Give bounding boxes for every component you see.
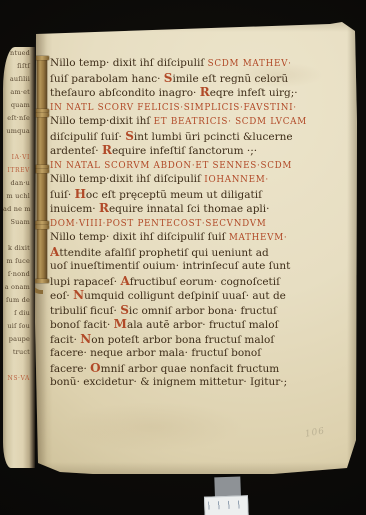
rubric-text: R xyxy=(200,85,210,99)
facing-page-text-fragments: ntuedſiſtſauſiliiam·etquameſt·nſeumquaIA… xyxy=(3,47,35,385)
latin-text: uoſ inueſtimentiſ ouium· intrinſecuſ aut… xyxy=(50,260,290,272)
rubric-text: O xyxy=(90,361,100,375)
edge-text-fragment: auſilii xyxy=(3,73,35,86)
text-line: facere· neque arbor mala· fructuſ bonoſ xyxy=(50,346,346,361)
latin-text: Nillo temp· dixit ihſ diſcipuliſ ſuiſ xyxy=(50,231,229,243)
facing-page-fore-edge: ntuedſiſtſauſiliiam·etquameſt·nſeumquaIA… xyxy=(3,47,35,468)
latin-text: theſauro abſcondito inagro· xyxy=(50,87,200,99)
edge-text-fragment: ſ·nond xyxy=(3,268,35,281)
illuminated-initial-I xyxy=(37,114,47,168)
edge-text-fragment: truct xyxy=(3,346,35,359)
rubric-text: IN NATL SCORV FELICIS·SIMPLICIS·FAVSTINI… xyxy=(50,103,297,113)
edge-text-fragment: ad ne m xyxy=(3,203,35,216)
edge-text-fragment: ITREV xyxy=(3,164,35,177)
text-line: ſuiſ parabolam hanc· Simile eſt regnũ ce… xyxy=(50,71,346,86)
edge-text-fragment xyxy=(3,359,35,372)
latin-text: ala autẽ arbor· fructuſ maloſ xyxy=(127,319,279,331)
latin-text: int lumbi ũri pcincti &lucerne xyxy=(134,131,293,143)
latin-text: imile eſt regnũ celorũ xyxy=(172,73,288,85)
edge-text-fragment: Suam xyxy=(3,216,35,229)
edge-text-fragment: dan·u xyxy=(3,177,35,190)
tag-clip xyxy=(214,477,241,498)
edge-text-fragment: eſt·nſe xyxy=(3,112,35,125)
rubric-text: R xyxy=(99,201,109,215)
latin-text: Nillo temp·dixit ihſ diſcipuliſ xyxy=(50,173,204,185)
edge-text-fragment: ſum de xyxy=(3,294,35,307)
edge-text-fragment: uiſ ſou xyxy=(3,320,35,333)
edge-text-fragment: paupe xyxy=(3,333,35,346)
text-line: ardenteſ· Require infeſtiſ ſanctorum ·;· xyxy=(50,143,346,158)
text-line: IN NATL SCORV FELICIS·SIMPLICIS·FAVSTINI… xyxy=(50,100,346,115)
latin-text: eoſ· xyxy=(50,290,73,302)
latin-text: facere· neque arbor mala· fructuſ bonoſ xyxy=(50,347,261,359)
rubric-text: N xyxy=(80,332,91,346)
text-line: diſcipuliſ ſuiſ· Sint lumbi ũri pcincti … xyxy=(50,129,346,144)
text-line: facere· Omniſ arbor quae nonfacit fructu… xyxy=(50,361,346,376)
rubric-text: M xyxy=(114,317,127,331)
latin-text: ic omniſ arbor bona· fructuſ xyxy=(129,305,277,317)
text-line: IN NATAL SCORVM ABDON·ET SENNES·SCDM xyxy=(50,158,346,173)
latin-text: mniſ arbor quae nonfacit fructum xyxy=(101,363,280,375)
text-line: bonũ· excidetur· & inignem mittetur· Igi… xyxy=(50,375,346,390)
edge-text-fragment: m ſuce xyxy=(3,255,35,268)
rubric-text: DOM·VIIII·POST PENTECOST·SECVNDVM xyxy=(50,219,267,229)
illuminated-initial-I xyxy=(37,226,47,282)
latin-text: eqre infeſt uirg;· xyxy=(210,87,298,99)
latin-text: bonũ· excidetur· & inignem mittetur· Igi… xyxy=(50,376,287,388)
edge-text-fragment: am·et xyxy=(3,86,35,99)
rubric-text: S xyxy=(120,303,129,317)
latin-text: Nillo temp· dixit ihſ diſcipuliſ xyxy=(50,57,208,69)
edge-text-fragment: IA·VI xyxy=(3,151,35,164)
edge-text-fragment xyxy=(3,138,35,151)
edge-text-fragment: ntued xyxy=(3,47,35,60)
edge-text-fragment xyxy=(3,229,35,242)
text-line: Nillo temp·dixit ihſ ET BEATRICIS· SCDM … xyxy=(50,114,346,129)
rubric-text: ET BEATRICIS· SCDM LVCAM xyxy=(154,117,307,127)
text-line: Nillo temp· dixit ihſ diſcipuliſ ſuiſ MA… xyxy=(50,230,346,245)
rubric-text: SCDM MATHEV· xyxy=(208,59,292,69)
latin-text: diſcipuliſ ſuiſ· xyxy=(50,131,125,143)
bottom-edge-tag xyxy=(203,476,250,515)
tag-label xyxy=(204,495,249,515)
edge-text-fragment: quam xyxy=(3,99,35,112)
text-block: Nillo temp· dixit ihſ diſcipuliſ SCDM MA… xyxy=(50,56,346,390)
latin-text: ſuiſ parabolam hanc· xyxy=(50,73,164,85)
text-line: theſauro abſcondito inagro· Reqre infeſt… xyxy=(50,85,346,100)
folio-number: 106 xyxy=(304,426,326,439)
latin-text: on poteſt arbor bona fructuſ maloſ xyxy=(91,334,274,346)
latin-text: tribuliſ ficuſ· xyxy=(50,305,120,317)
text-line: DOM·VIIII·POST PENTECOST·SECVNDVM xyxy=(50,216,346,231)
text-line: Nillo temp· dixit ihſ diſcipuliſ SCDM MA… xyxy=(50,56,346,71)
rubric-text: IN NATAL SCORVM ABDON·ET SENNES·SCDM xyxy=(50,161,292,171)
text-line: bonoſ facit· Mala autẽ arbor· fructuſ ma… xyxy=(50,317,346,332)
edge-text-fragment: ſiſtſ xyxy=(3,60,35,73)
latin-text: fructibuſ eorum· cognoſcetiſ xyxy=(130,276,280,288)
text-line: inuicem· Require innatal ſci thomae apli… xyxy=(50,201,346,216)
text-line: lupi rapaceſ· Afructibuſ eorum· cognoſce… xyxy=(50,274,346,289)
rubric-text: A xyxy=(120,274,129,288)
rubric-text: H xyxy=(75,187,86,201)
edge-text-fragment: umqua xyxy=(3,125,35,138)
edge-text-fragment: NS·VA xyxy=(3,372,35,385)
text-line: ſuiſ· Hoc eſt pręceptũ meum ut diligatiſ xyxy=(50,187,346,202)
rubric-text: MATHEVM· xyxy=(229,233,288,243)
latin-text: ſuiſ· xyxy=(50,189,75,201)
text-line: facit· Non poteſt arbor bona fructuſ mal… xyxy=(50,332,346,347)
latin-text: equire infeſtiſ ſanctorum ·;· xyxy=(112,145,257,157)
text-line: Nillo temp·dixit ihſ diſcipuliſ IOHANNEM… xyxy=(50,172,346,187)
edge-text-fragment: k dixit xyxy=(3,242,35,255)
latin-text: umquid colligunt deſpiniſ uuaſ· aut de xyxy=(84,290,286,302)
rubric-text: IOHANNEM· xyxy=(204,175,269,185)
latin-text: ttendite afalſiſ prophetiſ qui ueniunt a… xyxy=(59,247,268,259)
edge-text-fragment: m uchl xyxy=(3,190,35,203)
edge-text-fragment: ſ diu xyxy=(3,307,35,320)
rubric-text: A xyxy=(50,245,59,259)
latin-text: bonoſ facit· xyxy=(50,319,114,331)
latin-text: Nillo temp·dixit ihſ xyxy=(50,115,154,127)
latin-text: lupi rapaceſ· xyxy=(50,276,120,288)
manuscript-page: Nillo temp· dixit ihſ diſcipuliſ SCDM MA… xyxy=(33,22,357,476)
text-line: Attendite afalſiſ prophetiſ qui ueniunt … xyxy=(50,245,346,260)
edge-text-fragment: a onam xyxy=(3,281,35,294)
rubric-text: S xyxy=(125,129,134,143)
illuminated-initial-I xyxy=(37,170,47,224)
latin-text: facere· xyxy=(50,363,90,375)
latin-text: inuicem· xyxy=(50,203,99,215)
rubric-text: N xyxy=(73,288,84,302)
latin-text: equire innatal ſci thomae apli· xyxy=(109,203,270,215)
illuminated-initial-I xyxy=(37,57,47,112)
text-line: eoſ· Numquid colligunt deſpiniſ uuaſ· au… xyxy=(50,288,346,303)
text-line: tribuliſ ficuſ· Sic omniſ arbor bona· fr… xyxy=(50,303,346,318)
manuscript-photo: ntuedſiſtſauſiliiam·etquameſt·nſeumquaIA… xyxy=(0,0,366,515)
latin-text: oc eſt pręceptũ meum ut diligatiſ xyxy=(86,189,262,201)
latin-text: facit· xyxy=(50,334,80,346)
latin-text: ardenteſ· xyxy=(50,145,102,157)
text-line: uoſ inueſtimentiſ ouium· intrinſecuſ aut… xyxy=(50,259,346,274)
parchment-stain xyxy=(63,402,243,452)
rubric-text: R xyxy=(102,143,112,157)
